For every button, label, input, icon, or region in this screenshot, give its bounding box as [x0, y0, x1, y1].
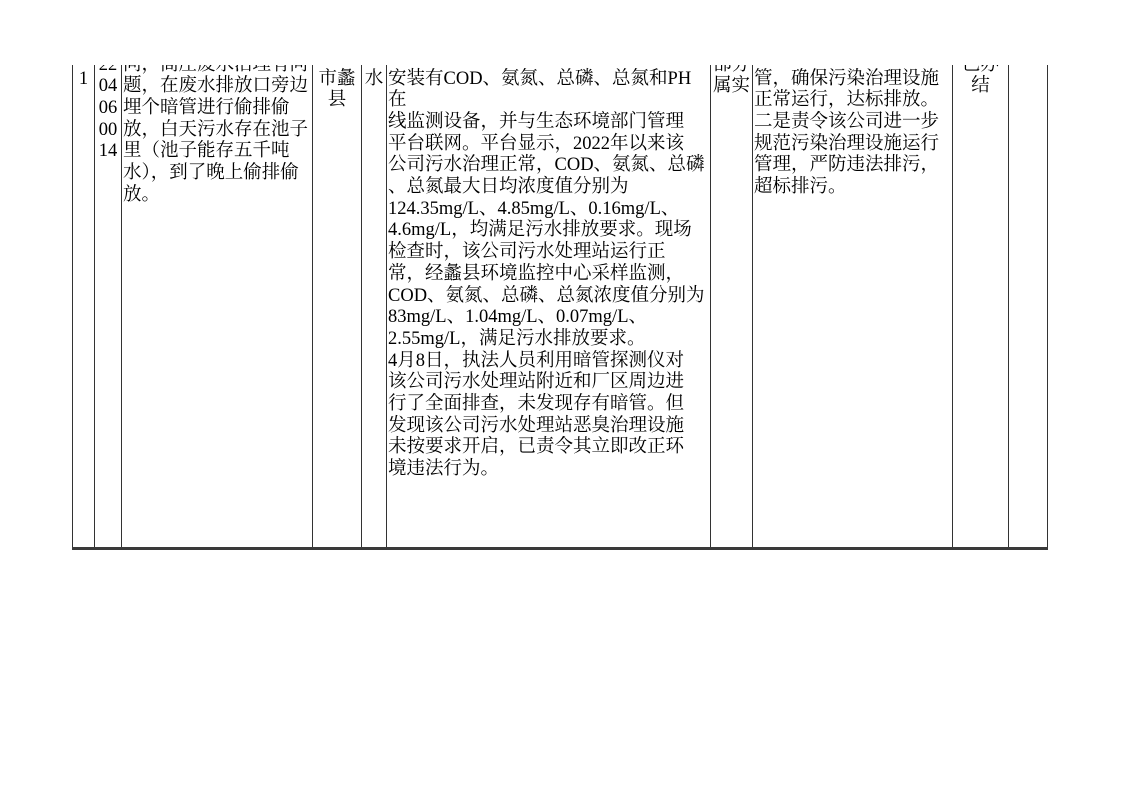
cell-remark: [1008, 65, 1048, 547]
region-text: 市蠡 县: [314, 69, 360, 112]
investigation-text: 安装有COD、氨氮、总磷、总氮和PH在 线监测设备，并与生态环境部门管理 平台联…: [388, 69, 709, 481]
handling-text: 管，确保污染治理设施 正常运行，达标排放。 二是责令该公司进一步 规范污染治理设…: [754, 69, 951, 199]
cell-status: 已办 结: [952, 65, 1008, 547]
cell-pollution-type: 水: [361, 65, 386, 547]
case-number-text: 22 04 06 00 14: [96, 65, 120, 163]
cell-verification: 部分 属实: [710, 65, 752, 547]
cell-complaint: 问，高庄废水治理有问 题，在废水排放口旁边 埋个暗管进行偷排偷 放，白天污水存在…: [121, 65, 312, 547]
seq-text: 1: [74, 69, 93, 91]
complaint-text: 问，高庄废水治理有问 题，在废水排放口旁边 埋个暗管进行偷排偷 放，白天污水存在…: [123, 65, 311, 206]
cell-case-number: 22 04 06 00 14: [94, 65, 121, 547]
cell-investigation: 安装有COD、氨氮、总磷、总氮和PH在 线监测设备，并与生态环境部门管理 平台联…: [386, 65, 710, 547]
status-text: 已办 结: [954, 65, 1007, 98]
pollution-type-text: 水: [363, 69, 385, 91]
cell-region: 市蠡 县: [312, 65, 361, 547]
cell-handling: 管，确保污染治理设施 正常运行，达标排放。 二是责令该公司进一步 规范污染治理设…: [752, 65, 952, 547]
cell-seq: 1: [72, 65, 94, 547]
verification-text: 部分 属实: [712, 65, 751, 98]
complaint-table: 1 22 04 06 00 14 问，高庄废水治理有问 题，在废水排放口旁边 埋…: [72, 65, 1048, 550]
document-page: 1 22 04 06 00 14 问，高庄废水治理有问 题，在废水排放口旁边 埋…: [0, 0, 1122, 793]
